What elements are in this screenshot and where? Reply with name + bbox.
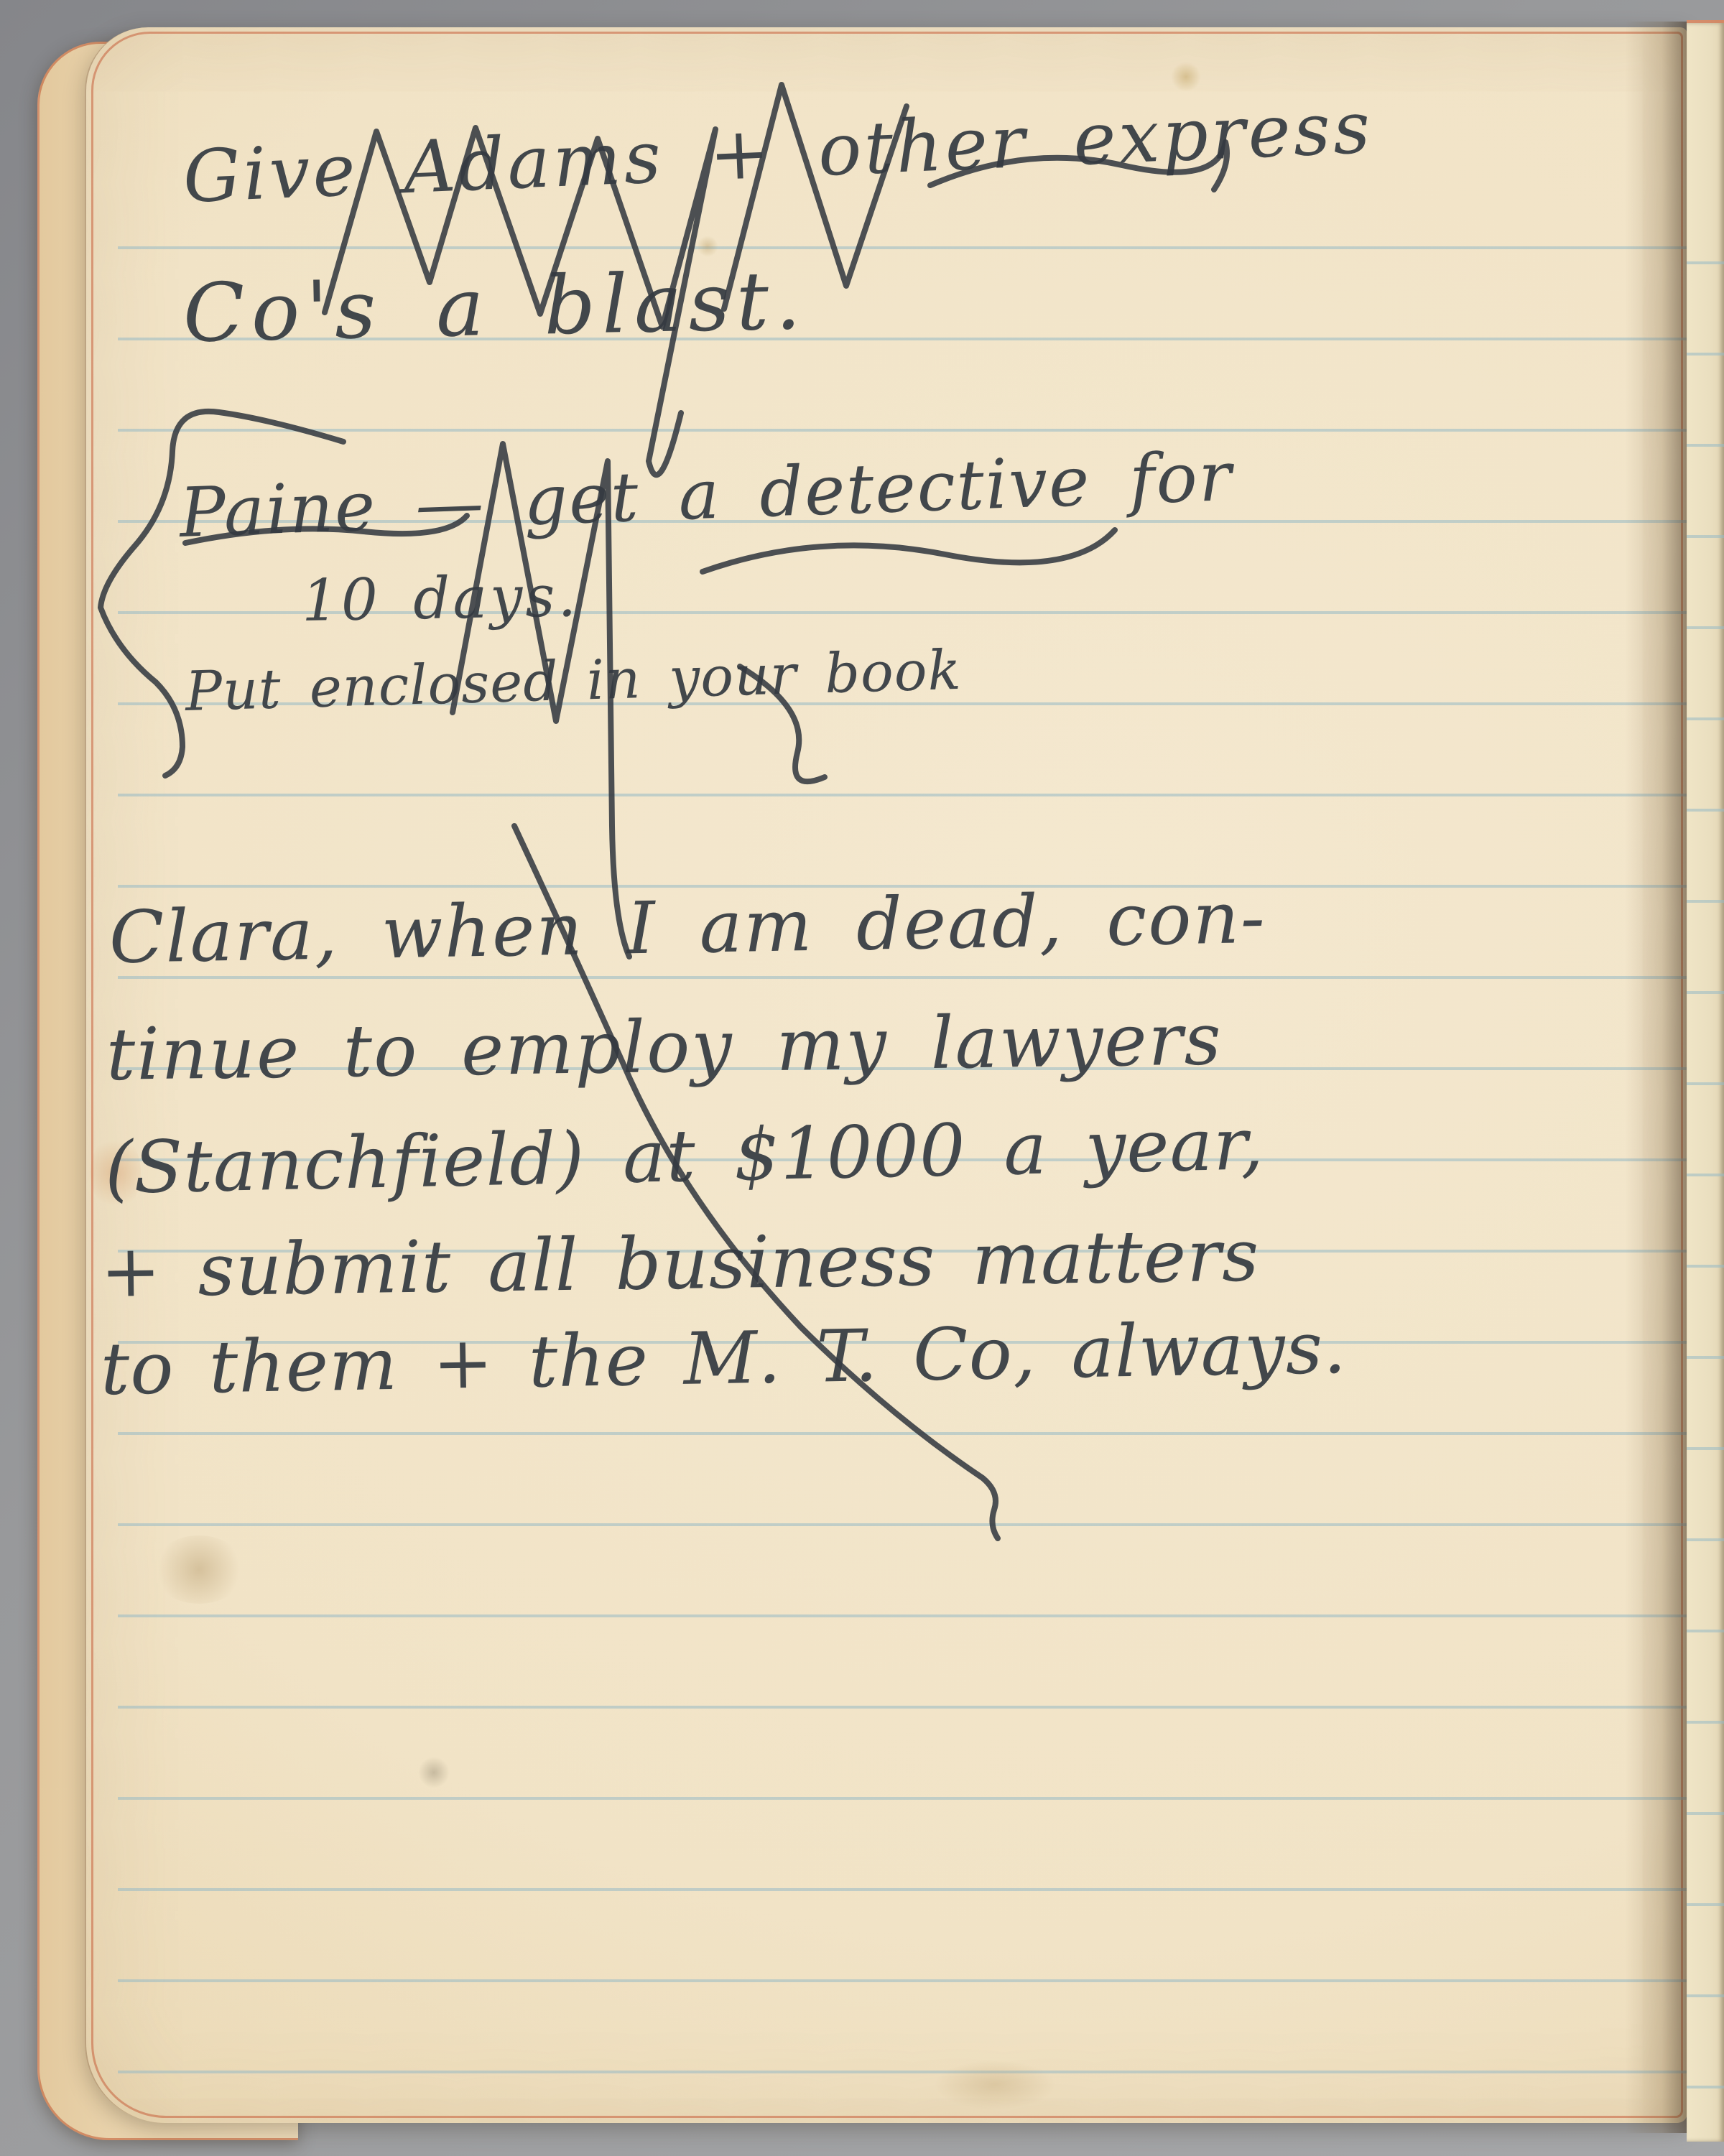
gutter-shadow <box>1625 22 1687 2133</box>
handwritten-line-submit-business: + submit all business matters <box>100 1213 1260 1314</box>
paper-stain <box>1171 62 1201 92</box>
sliver-ruled-lines <box>1687 261 1724 2124</box>
scan-background: Give Adams + other express Co's a blast.… <box>0 0 1724 2156</box>
paper-stain <box>152 1535 246 1604</box>
next-page-sliver <box>1687 20 1724 2142</box>
handwritten-line-10-days: 10 days. <box>301 562 579 634</box>
handwritten-line-cos-a-blast: Co's a blast. <box>182 254 808 361</box>
paper-stain <box>418 1757 450 1788</box>
paper-stain <box>697 236 718 257</box>
handwritten-line-tinue-employ: tinue to employ my lawyers <box>106 997 1223 1097</box>
paper-stain <box>934 2060 1056 2110</box>
